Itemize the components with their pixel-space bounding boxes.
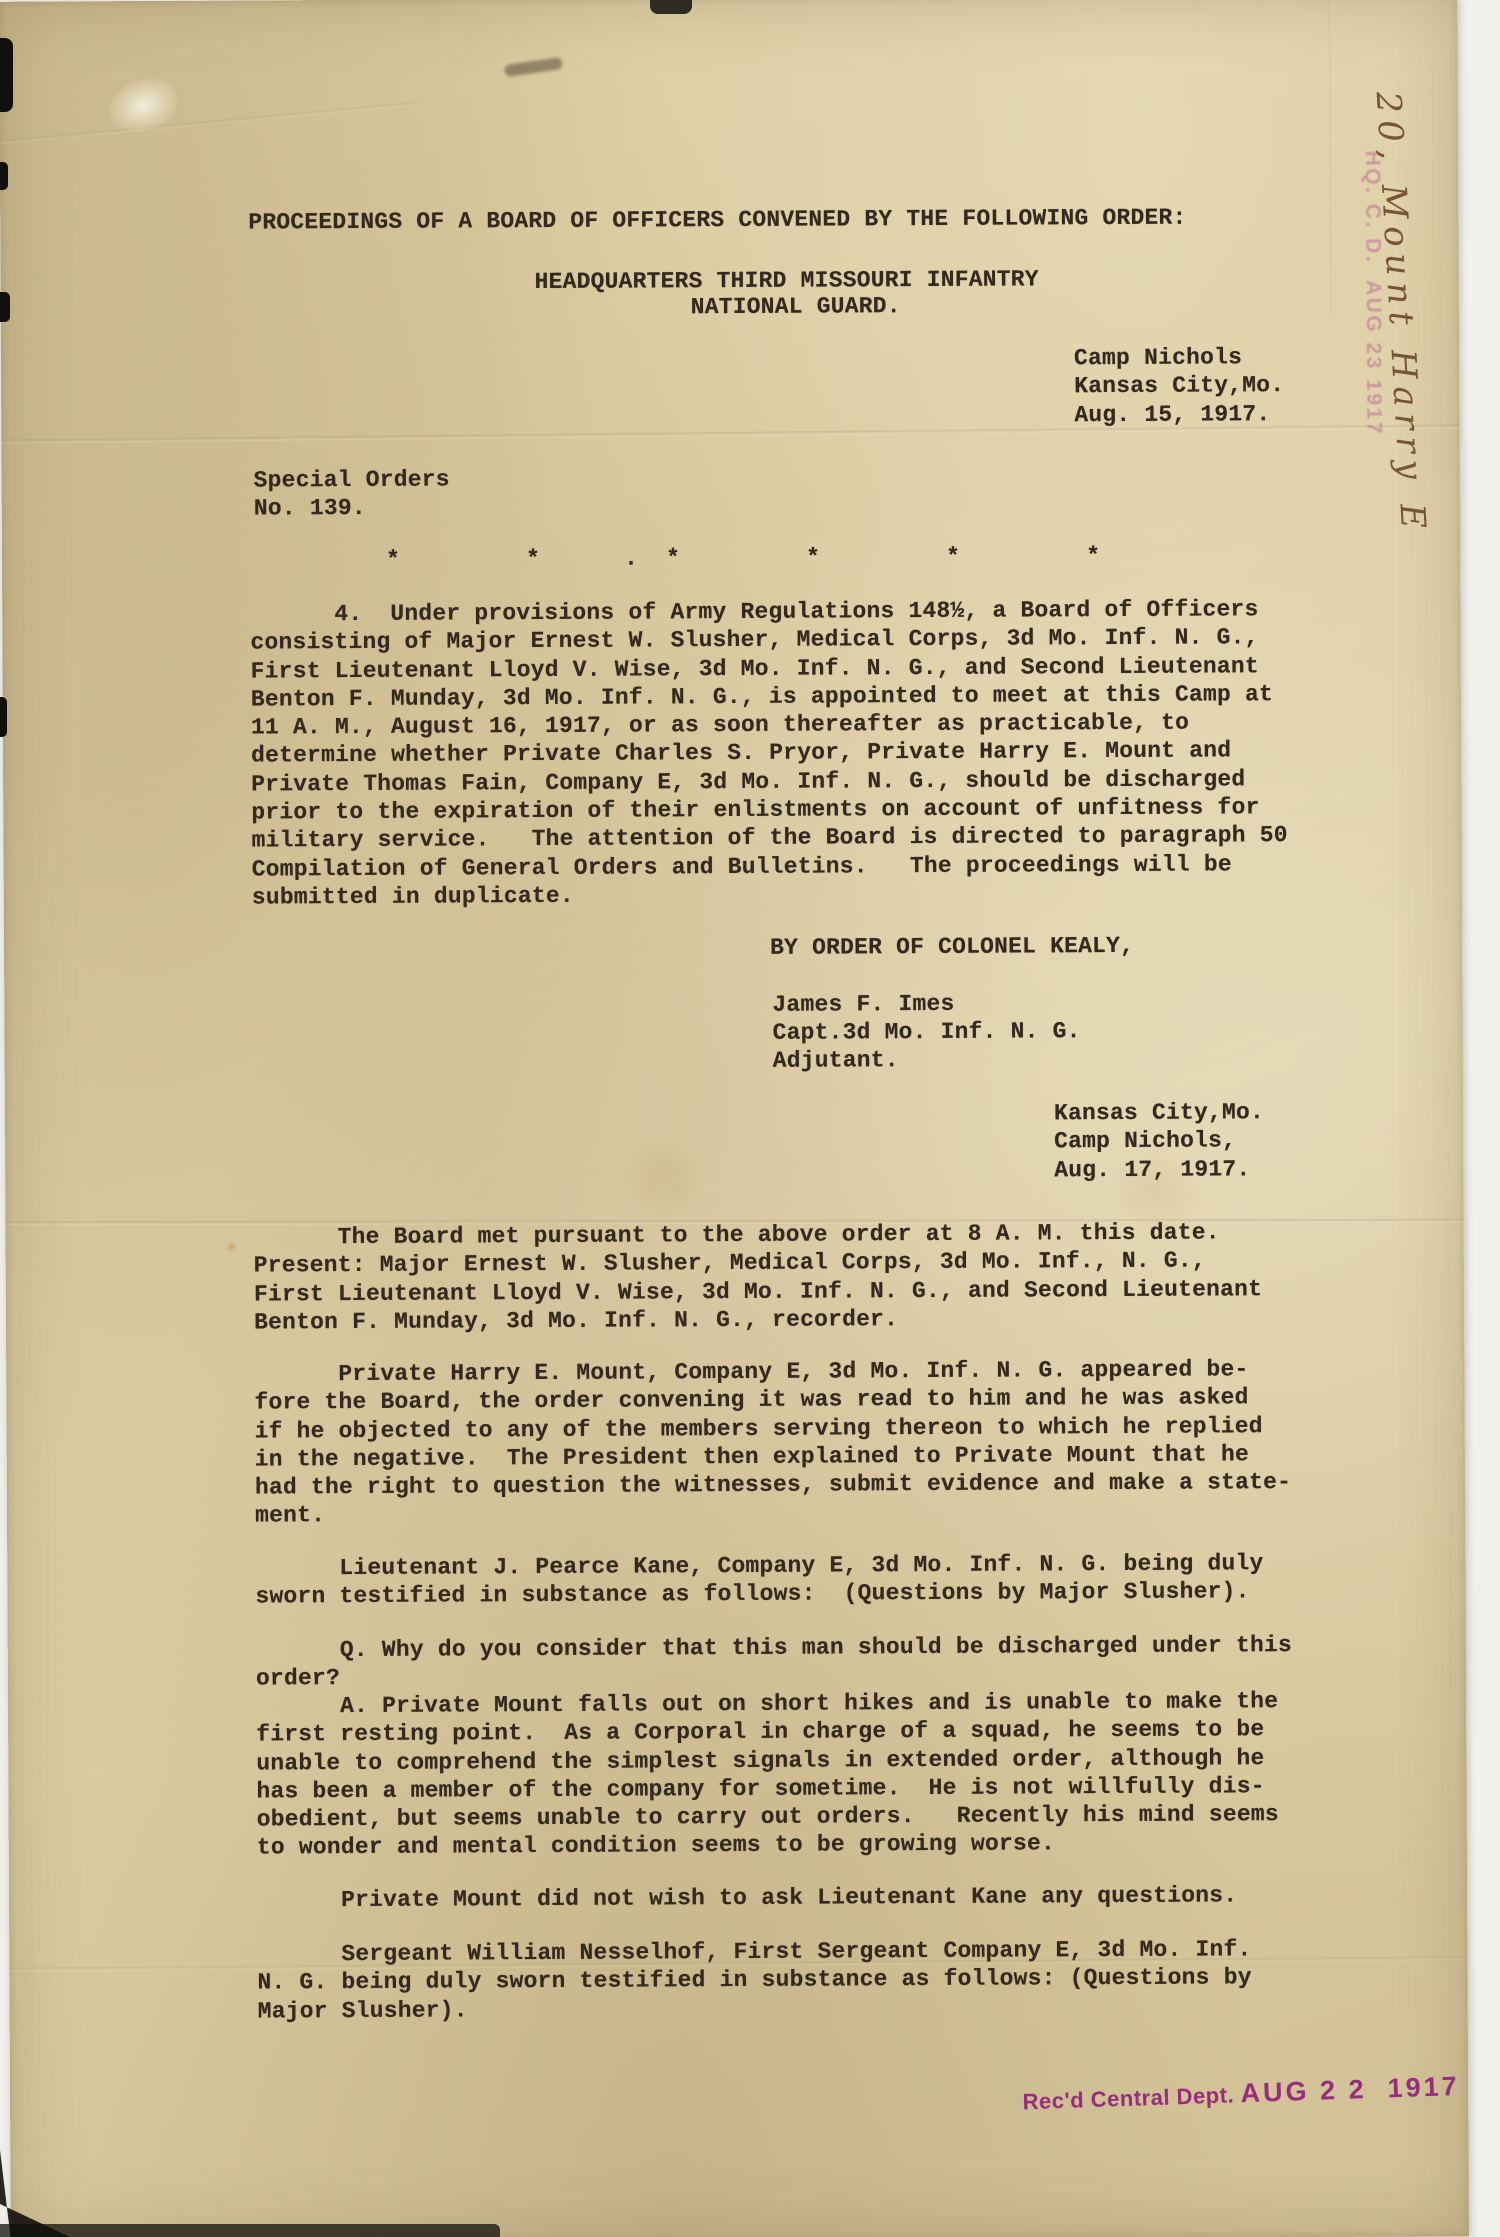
qa-answer: A. Private Mount falls out on short hike…	[256, 1687, 1279, 1862]
paragraph-mount-appeared: Private Harry E. Mount, Company E, 3d Mo…	[254, 1355, 1291, 1530]
text-line: Kansas City,Mo.	[1074, 371, 1284, 400]
wrinkle	[0, 101, 419, 144]
text-line: Special Orders	[254, 465, 450, 494]
received-stamp-label: Rec'd Central Dept.	[1022, 2082, 1241, 2114]
text-line: Q. Why do you consider that this man sho…	[256, 1631, 1292, 1665]
paragraph-convening-order: 4. Under provisions of Army Regulations …	[250, 595, 1288, 912]
scan-artifact-top-edge	[650, 0, 692, 14]
paragraph-nesselhof: Sergeant William Nesselhof, First Sergea…	[257, 1935, 1252, 2025]
section-separator: * * . * * * *	[386, 542, 1100, 574]
dateline-second: Kansas City,Mo.Camp Nichols,Aug. 17, 191…	[1054, 1098, 1264, 1184]
text-line: submitted in duplicate.	[252, 878, 1288, 912]
wrinkle	[1329, 0, 1334, 315]
qa-question: Q. Why do you consider that this man sho…	[256, 1631, 1292, 1693]
text-line: Camp Nichols	[1074, 343, 1284, 372]
text-line: ment.	[255, 1497, 1291, 1531]
signature-rank: Capt.3d Mo. Inf. N. G.	[772, 1017, 1080, 1047]
scan-artifact-left-edge	[0, 162, 8, 190]
text-line: sworn testified in substance as follows:…	[255, 1578, 1263, 1612]
scan-artifact-left-edge	[0, 697, 7, 737]
text-line: Camp Nichols,	[1054, 1127, 1264, 1156]
text-line: Compilation of General Orders and Bullet…	[252, 850, 1288, 884]
signature-title: Adjutant.	[773, 1046, 899, 1075]
received-stamp-date: AUG 2 2 1917	[1240, 2071, 1460, 2108]
text-line: Major Slusher).	[258, 1992, 1252, 2026]
by-order-line: BY ORDER OF COLONEL KEALY,	[770, 932, 1134, 962]
smudge-mark	[504, 57, 563, 77]
text-line: Aug. 17, 1917.	[1054, 1155, 1264, 1184]
dateline-first: Camp NicholsKansas City,Mo.Aug. 15, 1917…	[1074, 343, 1284, 429]
special-orders-block: Special OrdersNo. 139.	[254, 465, 450, 523]
paragraph-kane-sworn: Lieutenant J. Pearce Kane, Company E, 3d…	[255, 1549, 1263, 1611]
text-line: obedient, but seems unable to carry out …	[257, 1800, 1279, 1834]
received-stamp: Rec'd Central Dept. AUG 2 2 1917	[1022, 2071, 1460, 2116]
text-line: Benton F. Munday, 3d Mo. Inf. N. G., rec…	[254, 1303, 1262, 1337]
text-line: First Lieutenant Lloyd V. Wise, 3d Mo. I…	[254, 1275, 1262, 1309]
scan-artifact-left-edge	[0, 292, 10, 322]
org-heading-line2: NATIONAL GUARD.	[691, 292, 901, 321]
paragraph-no-questions: Private Mount did not wish to ask Lieute…	[257, 1881, 1237, 1914]
text-line: Kansas City,Mo.	[1054, 1098, 1264, 1127]
signature-name: James F. Imes	[772, 990, 954, 1019]
document-title: PROCEEDINGS OF A BOARD OF OFFICERS CONVE…	[248, 204, 1186, 237]
text-line: to wonder and mental condition seems to …	[257, 1829, 1279, 1863]
paragraph-board-met: The Board met pursuant to the above orde…	[254, 1218, 1263, 1336]
document-page: PROCEEDINGS OF A BOARD OF OFFICERS CONVE…	[0, 0, 1469, 2237]
scan-artifact-bottom-edge	[0, 2224, 500, 2237]
scan-artifact-left-edge	[0, 38, 13, 112]
org-heading-line1: HEADQUARTERS THIRD MISSOURI INFANTRY	[535, 265, 1039, 296]
text-line: No. 139.	[254, 494, 450, 523]
text-line: N. G. being duly sworn testified in subs…	[257, 1964, 1251, 1998]
text-line: Aug. 15, 1917.	[1074, 400, 1284, 429]
